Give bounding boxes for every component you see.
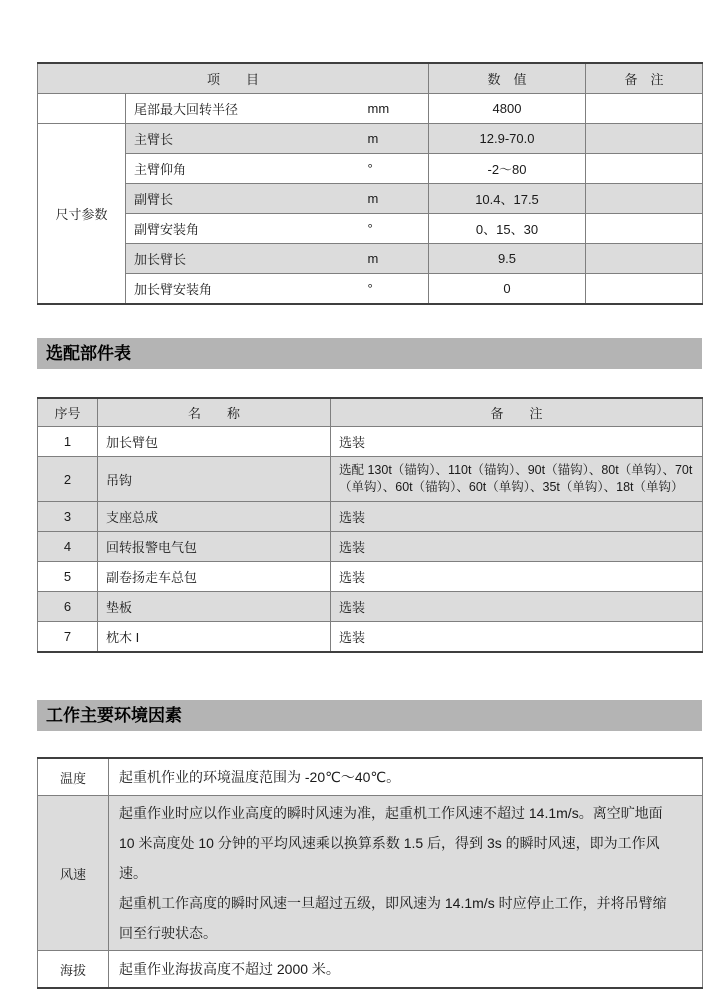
part-name: 枕木 I [98, 622, 331, 653]
table-row: 海拔 起重作业海拔高度不超过 2000 米。 [38, 951, 703, 989]
spec-value: 0、15、30 [429, 214, 586, 244]
environment-table: 温度 起重机作业的环境温度范围为 -20℃～40℃。 风速 起重作业时应以作业高… [37, 757, 703, 989]
spec-unit: ° [346, 214, 429, 244]
env-text: 起重作业海拔高度不超过 2000 米。 [109, 951, 703, 989]
spec-header-value: 数 值 [429, 63, 586, 94]
part-remark: 选装 [331, 502, 703, 532]
table-row: 尾部最大回转半径 mm 4800 [38, 94, 703, 124]
part-name: 吊钩 [98, 457, 331, 502]
env-text: 起重作业时应以作业高度的瞬时风速为准，起重机工作风速不超过 14.1m/s。离空… [109, 796, 703, 951]
table-row: 副臂长 m 10.4、17.5 [38, 184, 703, 214]
table-row: 加长臂安装角 ° 0 [38, 274, 703, 305]
table-row: 1 加长臂包 选装 [38, 427, 703, 457]
spec-unit: ° [346, 274, 429, 305]
env-paragraph: 起重机作业的环境温度范围为 -20℃～40℃。 [119, 762, 678, 792]
spec-name: 尾部最大回转半径 [126, 94, 346, 124]
spec-remark [586, 94, 703, 124]
group-cell-empty [38, 94, 126, 124]
part-name: 副卷扬走车总包 [98, 562, 331, 592]
spec-value: 10.4、17.5 [429, 184, 586, 214]
spec-name: 副臂长 [126, 184, 346, 214]
part-name: 支座总成 [98, 502, 331, 532]
spec-remark [586, 244, 703, 274]
env-label: 海拔 [38, 951, 109, 989]
part-no: 7 [38, 622, 98, 653]
section-title-environment: 工作主要环境因素 [37, 700, 702, 731]
table-row: 主臂仰角 ° -2～80 [38, 154, 703, 184]
table-row: 2 吊钩 选配 130t（锚钩）、110t（锚钩）、90t（锚钩）、80t（单钩… [38, 457, 703, 502]
env-label: 风速 [38, 796, 109, 951]
part-remark: 选装 [331, 622, 703, 653]
table-row: 温度 起重机作业的环境温度范围为 -20℃～40℃。 [38, 758, 703, 796]
spec-name: 主臂仰角 [126, 154, 346, 184]
spec-name: 加长臂长 [126, 244, 346, 274]
part-remark: 选装 [331, 532, 703, 562]
spec-unit: m [346, 184, 429, 214]
spec-unit: mm [346, 94, 429, 124]
table-row: 5 副卷扬走车总包 选装 [38, 562, 703, 592]
table-row: 6 垫板 选装 [38, 592, 703, 622]
spec-remark [586, 124, 703, 154]
env-paragraph: 起重机工作高度的瞬时风速一旦超过五级，即风速为 14.1m/s 时应停止工作，并… [119, 888, 678, 948]
spec-name: 主臂长 [126, 124, 346, 154]
env-paragraph: 起重作业时应以作业高度的瞬时风速为准，起重机工作风速不超过 14.1m/s。离空… [119, 798, 678, 888]
env-text: 起重机作业的环境温度范围为 -20℃～40℃。 [109, 758, 703, 796]
part-remark: 选装 [331, 592, 703, 622]
spec-value: -2～80 [429, 154, 586, 184]
spec-unit: m [346, 244, 429, 274]
env-paragraph: 起重作业海拔高度不超过 2000 米。 [119, 954, 678, 984]
spec-name: 加长臂安装角 [126, 274, 346, 305]
parts-header-row: 序号 名 称 备 注 [38, 398, 703, 427]
parts-header-remark: 备 注 [331, 398, 703, 427]
spec-remark [586, 214, 703, 244]
table-row: 7 枕木 I 选装 [38, 622, 703, 653]
spec-unit: ° [346, 154, 429, 184]
table-row: 副臂安装角 ° 0、15、30 [38, 214, 703, 244]
spec-header-remark: 备 注 [586, 63, 703, 94]
optional-parts-table: 序号 名 称 备 注 1 加长臂包 选装 2 吊钩 选配 130t（锚钩）、11… [37, 397, 703, 653]
parts-header-no: 序号 [38, 398, 98, 427]
table-row: 风速 起重作业时应以作业高度的瞬时风速为准，起重机工作风速不超过 14.1m/s… [38, 796, 703, 951]
part-no: 1 [38, 427, 98, 457]
parts-header-name: 名 称 [98, 398, 331, 427]
part-no: 2 [38, 457, 98, 502]
spec-unit: m [346, 124, 429, 154]
part-remark: 选装 [331, 427, 703, 457]
spec-header-row: 项 目 数 值 备 注 [38, 63, 703, 94]
spec-remark [586, 184, 703, 214]
part-name: 加长臂包 [98, 427, 331, 457]
part-remark: 选装 [331, 562, 703, 592]
part-no: 5 [38, 562, 98, 592]
section-title-optional-parts: 选配部件表 [37, 338, 702, 369]
part-no: 3 [38, 502, 98, 532]
table-row: 加长臂长 m 9.5 [38, 244, 703, 274]
spec-table: 项 目 数 值 备 注 尾部最大回转半径 mm 4800 尺寸参数 主臂长 m … [37, 62, 703, 305]
part-name: 垫板 [98, 592, 331, 622]
part-name: 回转报警电气包 [98, 532, 331, 562]
spec-header-item: 项 目 [38, 63, 429, 94]
table-row: 尺寸参数 主臂长 m 12.9-70.0 [38, 124, 703, 154]
part-remark: 选配 130t（锚钩）、110t（锚钩）、90t（锚钩）、80t（单钩）、70t… [331, 457, 703, 502]
table-row: 4 回转报警电气包 选装 [38, 532, 703, 562]
spec-value: 9.5 [429, 244, 586, 274]
spec-remark [586, 154, 703, 184]
env-label: 温度 [38, 758, 109, 796]
part-no: 6 [38, 592, 98, 622]
table-row: 3 支座总成 选装 [38, 502, 703, 532]
spec-value: 0 [429, 274, 586, 305]
spec-name: 副臂安装角 [126, 214, 346, 244]
group-label: 尺寸参数 [38, 124, 126, 305]
part-no: 4 [38, 532, 98, 562]
spec-value: 12.9-70.0 [429, 124, 586, 154]
spec-value: 4800 [429, 94, 586, 124]
spec-remark [586, 274, 703, 305]
